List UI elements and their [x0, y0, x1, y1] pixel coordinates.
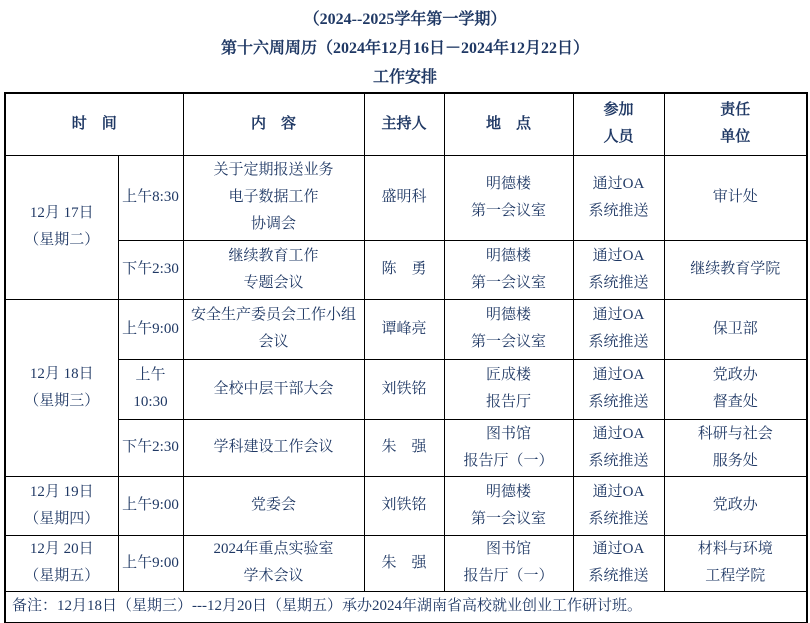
- time-cell: 上午9:00: [118, 476, 183, 535]
- header-participants: 参加 人员: [573, 93, 664, 155]
- location-cell: 明德楼 第一会议室: [444, 476, 573, 535]
- responsible-cell: 继续教育学院: [664, 240, 807, 299]
- participants-cell: 通过OA 系统推送: [573, 240, 664, 299]
- content-cell: 学科建设工作会议: [183, 419, 364, 476]
- host-cell: 朱 强: [364, 535, 444, 591]
- host-cell: 谭峰亮: [364, 299, 444, 359]
- header-time: 时 间: [5, 93, 183, 155]
- responsible-cell: 材料与环境 工程学院: [664, 535, 807, 591]
- location-cell: 图书馆 报告厅（一）: [444, 419, 573, 476]
- content-cell: 继续教育工作 专题会议: [183, 240, 364, 299]
- content-cell: 全校中层干部大会: [183, 359, 364, 419]
- location-cell: 匠成楼 报告厅: [444, 359, 573, 419]
- participants-cell: 通过OA 系统推送: [573, 535, 664, 591]
- table-row: 12月 19日 （星期四） 上午9:00 党委会 刘铁铭 明德楼 第一会议室 通…: [5, 476, 807, 535]
- date-cell: 12月 18日 （星期三）: [5, 299, 118, 476]
- table-row: 12月 18日 （星期三） 上午9:00 安全生产委员会工作小组 会议 谭峰亮 …: [5, 299, 807, 359]
- location-cell: 图书馆 报告厅（一）: [444, 535, 573, 591]
- location-cell: 明德楼 第一会议室: [444, 299, 573, 359]
- responsible-cell: 科研与社会 服务处: [664, 419, 807, 476]
- host-cell: 盛明科: [364, 155, 444, 240]
- location-cell: 明德楼 第一会议室: [444, 155, 573, 240]
- header-content: 内 容: [183, 93, 364, 155]
- time-cell: 下午2:30: [118, 240, 183, 299]
- responsible-cell: 保卫部: [664, 299, 807, 359]
- heading-title: 工作安排: [0, 63, 810, 92]
- date-cell: 12月 17日 （星期二）: [5, 155, 118, 299]
- responsible-cell: 审计处: [664, 155, 807, 240]
- date-cell: 12月 20日 （星期五）: [5, 535, 118, 591]
- participants-cell: 通过OA 系统推送: [573, 419, 664, 476]
- host-cell: 陈 勇: [364, 240, 444, 299]
- host-cell: 刘铁铭: [364, 359, 444, 419]
- participants-cell: 通过OA 系统推送: [573, 359, 664, 419]
- time-cell: 上午9:00: [118, 299, 183, 359]
- title-block: （2024--2025学年第一学期） 第十六周周历（2024年12月16日－20…: [0, 0, 810, 92]
- header-responsible: 责任 单位: [664, 93, 807, 155]
- content-cell: 党委会: [183, 476, 364, 535]
- time-cell: 上午 10:30: [118, 359, 183, 419]
- table-row: 下午2:30 继续教育工作 专题会议 陈 勇 明德楼 第一会议室 通过OA 系统…: [5, 240, 807, 299]
- responsible-cell: 党政办 督查处: [664, 359, 807, 419]
- responsible-cell: 党政办: [664, 476, 807, 535]
- participants-cell: 通过OA 系统推送: [573, 476, 664, 535]
- header-row: 时 间 内 容 主持人 地 点 参加 人员 责任 单位: [5, 93, 807, 155]
- content-cell: 安全生产委员会工作小组 会议: [183, 299, 364, 359]
- location-cell: 明德楼 第一会议室: [444, 240, 573, 299]
- table-header: 时 间 内 容 主持人 地 点 参加 人员 责任 单位: [5, 93, 807, 155]
- note-text: 备注：12月18日（星期三）---12月20日（星期五）承办2024年湖南省高校…: [5, 591, 807, 623]
- header-location: 地 点: [444, 93, 573, 155]
- date-cell: 12月 19日 （星期四）: [5, 476, 118, 535]
- table-row: 12月 20日 （星期五） 上午9:00 2024年重点实验室 学术会议 朱 强…: [5, 535, 807, 591]
- time-cell: 上午9:00: [118, 535, 183, 591]
- week-title: 第十六周周历（2024年12月16日－2024年12月22日）: [0, 34, 810, 63]
- header-host: 主持人: [364, 93, 444, 155]
- work-schedule-table: 时 间 内 容 主持人 地 点 参加 人员 责任 单位 12月 17日 （星期二…: [4, 92, 808, 623]
- time-cell: 下午2:30: [118, 419, 183, 476]
- content-cell: 关于定期报送业务 电子数据工作 协调会: [183, 155, 364, 240]
- note-row: 备注：12月18日（星期三）---12月20日（星期五）承办2024年湖南省高校…: [5, 591, 807, 623]
- semester-title: （2024--2025学年第一学期）: [0, 5, 810, 34]
- host-cell: 刘铁铭: [364, 476, 444, 535]
- content-cell: 2024年重点实验室 学术会议: [183, 535, 364, 591]
- table-row: 上午 10:30 全校中层干部大会 刘铁铭 匠成楼 报告厅 通过OA 系统推送 …: [5, 359, 807, 419]
- table-row: 下午2:30 学科建设工作会议 朱 强 图书馆 报告厅（一） 通过OA 系统推送…: [5, 419, 807, 476]
- time-cell: 上午8:30: [118, 155, 183, 240]
- participants-cell: 通过OA 系统推送: [573, 299, 664, 359]
- participants-cell: 通过OA 系统推送: [573, 155, 664, 240]
- table-body: 12月 17日 （星期二） 上午8:30 关于定期报送业务 电子数据工作 协调会…: [5, 155, 807, 623]
- table-row: 12月 17日 （星期二） 上午8:30 关于定期报送业务 电子数据工作 协调会…: [5, 155, 807, 240]
- host-cell: 朱 强: [364, 419, 444, 476]
